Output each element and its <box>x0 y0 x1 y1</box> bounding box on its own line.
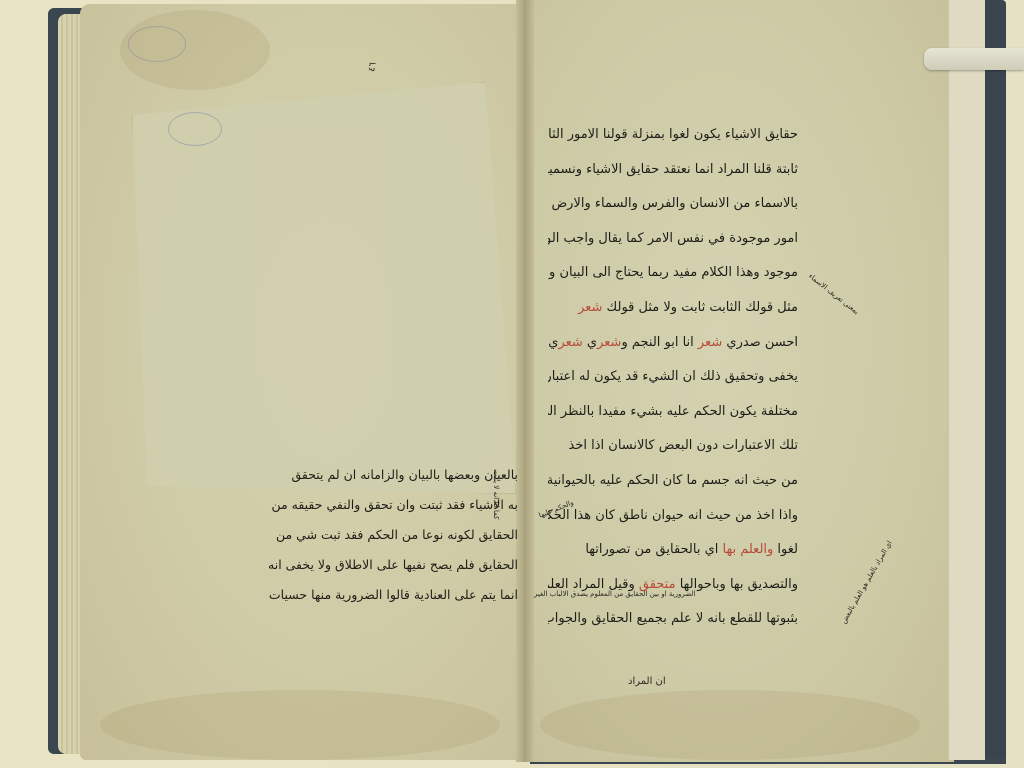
text-line: الحقايق فلم يصح نفيها على الاطلاق ولا يخ… <box>256 550 518 580</box>
text-line: واذا اخذ من حيث انه حيوان ناطق كان هذا ا… <box>548 499 798 534</box>
text-line: بالاسماء من الانسان والفرس والسماء والار… <box>548 187 798 222</box>
text-line: به الاشياء فقد ثبتت وان تحقق والنفي حقيق… <box>256 490 518 520</box>
text-line: الحقايق لكونه نوعا من الحكم فقد ثبت شي م… <box>256 520 518 550</box>
catchword: ان المراد <box>628 676 666 687</box>
water-stain <box>120 10 270 90</box>
text-line: حقايق الاشياء يكون لغوا بمنزلة قولنا الا… <box>548 118 798 153</box>
water-stain <box>100 690 500 760</box>
text-line: تلك الاعتبارات دون البعض كالانسان اذا اخ… <box>548 429 798 464</box>
text-line: من حيث انه جسم ما كان الحكم عليه بالحيوا… <box>548 464 798 499</box>
library-stamp <box>168 112 222 146</box>
pencil-pointer <box>924 48 1024 70</box>
text-line: احسن صدري شعر انا ابو النجم وشعري شعري ع… <box>548 326 798 361</box>
text-line: يخفى وتحقيق ذلك ان الشيء قد يكون له اعتب… <box>548 360 798 395</box>
book-gutter <box>516 0 534 762</box>
text-line: امور موجودة في نفس الامر كما يقال واجب ا… <box>548 222 798 257</box>
text-line: بالعيان وبعضها بالبيان والزامانه ان لم ي… <box>256 460 518 490</box>
text-line: موجود وهذا الكلام مفيد ربما يحتاج الى ال… <box>548 256 798 291</box>
text-line: مثل قولك الثابت ثابت ولا مثل قولك شعر <box>548 291 798 326</box>
text-line: انما يتم على العنادية قالوا الضرورية منه… <box>256 580 518 610</box>
water-stain <box>540 690 920 760</box>
text-line: مختلفة يكون الحكم عليه بشيء مفيدا بالنظر… <box>548 395 798 430</box>
right-page-edge <box>948 0 985 760</box>
left-page-lower-text: بالعيان وبعضها بالبيان والزامانه ان لم ي… <box>256 460 518 610</box>
margin-gloss: كما لنا انه لا يثبت <box>491 470 500 519</box>
text-line-rubric: لغوا والعلم بها اي بالحقايق من تصوراتها <box>548 533 798 568</box>
text-line: ثابتة قلنا المراد انما نعتقد حقايق الاشي… <box>548 153 798 188</box>
folio-number: ٤٦ <box>367 61 379 72</box>
right-page-main-text: حقايق الاشياء يكون لغوا بمنزلة قولنا الا… <box>548 118 798 637</box>
text-line: بثبوتها للقطع بانه لا علم بجميع الحقايق … <box>548 602 798 637</box>
margin-gloss: الضرورية او بين الحقايق من المعلوم يصدق … <box>534 590 695 599</box>
book-cover-right <box>982 0 1006 764</box>
